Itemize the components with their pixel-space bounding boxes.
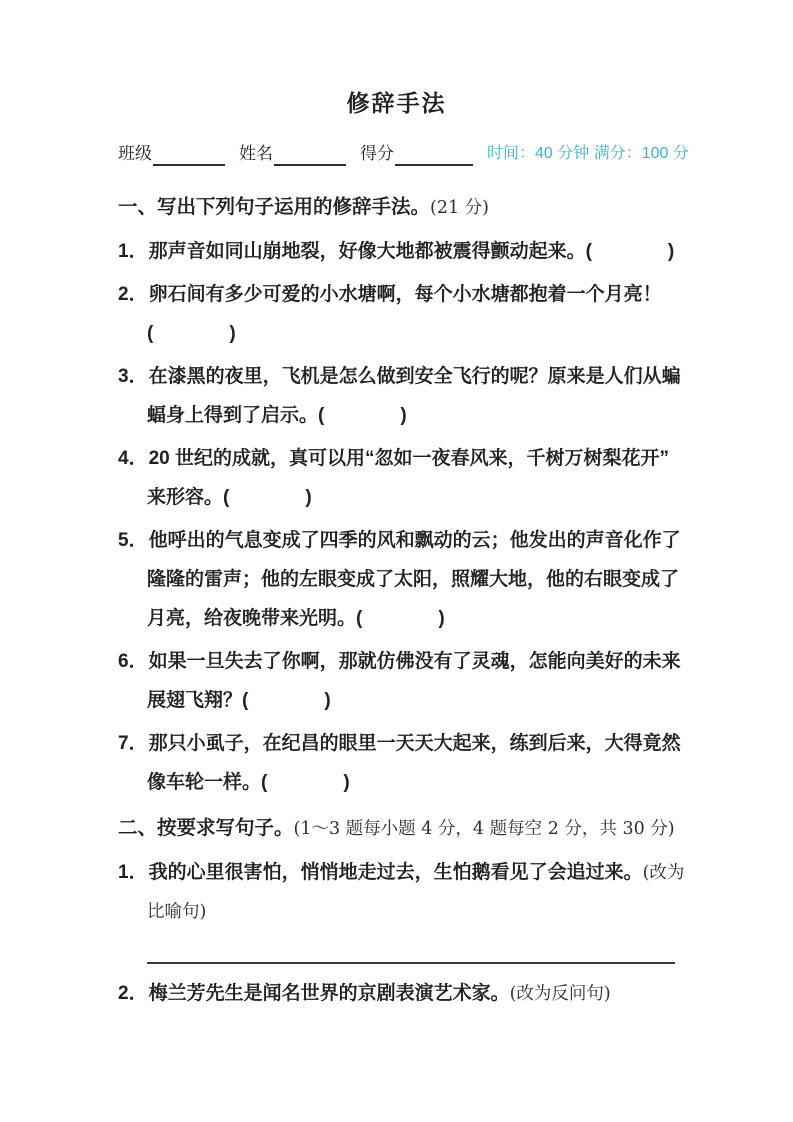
question-text: ( ) [118, 314, 675, 353]
question-item-1-3: 3．在漆黑的夜里，飞机是怎么做到安全飞行的呢？原来是人们从蝙 蝠身上得到了启示。… [118, 357, 675, 435]
question-text: 我的心里很害怕，悄悄地走过去，生怕鹅看见了会追过来。 [149, 862, 643, 883]
score-blank-line [395, 145, 473, 166]
question-number: 2． [118, 983, 148, 1004]
rewrite-instruction: (改为反问句) [510, 984, 611, 1004]
class-field-label: 班级 [118, 142, 152, 166]
question-item-1-4: 4．20 世纪的成就，真可以用“忽如一夜春风来，千树万树梨花开” 来形容。( ) [118, 439, 675, 517]
rewrite-instruction: 比喻句) [118, 893, 675, 932]
question-text: 他呼出的气息变成了四季的风和飘动的云；他发出的声音化作了 [149, 530, 681, 551]
question-number: 1． [118, 862, 148, 883]
question-text: 卵石间有多少可爱的小水塘啊，每个小水塘都抱着一个月亮！ [149, 284, 662, 305]
student-info-row: 班级 姓名 得分 时间：40 分钟 满分：100 分 [118, 142, 675, 166]
question-item-1-6: 6．如果一旦失去了你啊，那就仿佛没有了灵魂，怎能向美好的未来 展翅飞翔？( ) [118, 642, 675, 720]
question-text: 梅兰芳先生是闻名世界的京剧表演艺术家。 [149, 983, 510, 1004]
question-item-1-2: 2．卵石间有多少可爱的小水塘啊，每个小水塘都抱着一个月亮！ ( ) [118, 275, 675, 353]
question-item-1-7: 7．那只小虱子，在纪昌的眼里一天天大起来，练到后来，大得竟然 像车轮一样。( ) [118, 724, 675, 802]
question-item-2-2: 2．梅兰芳先生是闻名世界的京剧表演艺术家。(改为反问句) [118, 974, 675, 1014]
score-field: 得分 [360, 142, 473, 166]
section-1-heading: 一、写出下列句子运用的修辞手法。(21 分) [118, 187, 675, 228]
question-number: 2． [118, 284, 148, 305]
question-text: 来形容。( ) [118, 478, 675, 517]
question-number: 7． [118, 733, 148, 754]
question-text: 那声音如同山崩地裂，好像大地都被震得颤动起来。( ) [149, 241, 675, 262]
score-field-label: 得分 [360, 142, 394, 166]
page-title: 修辞手法 [118, 88, 675, 118]
question-number: 5． [118, 530, 148, 551]
class-blank-line [153, 145, 225, 166]
name-blank-line [274, 145, 346, 166]
question-number: 4． [118, 448, 148, 469]
question-text: 在漆黑的夜里，飞机是怎么做到安全飞行的呢？原来是人们从蝙 [149, 366, 681, 387]
answer-blank-line [147, 932, 675, 964]
rewrite-instruction: (改为 [643, 863, 685, 883]
question-text: 展翅飞翔？( ) [118, 681, 675, 720]
question-item-1-1: 1．那声音如同山崩地裂，好像大地都被震得颤动起来。( ) [118, 232, 675, 271]
time-score-note: 时间：40 分钟 满分：100 分 [487, 142, 689, 166]
section-2-heading: 二、按要求写句子。(1～3 题每小题 4 分，4 题每空 2 分，共 30 分) [118, 808, 675, 849]
question-item-2-1: 1．我的心里很害怕，悄悄地走过去，生怕鹅看见了会追过来。(改为 比喻句) [118, 853, 675, 932]
name-field: 姓名 [239, 142, 346, 166]
question-text: 像车轮一样。( ) [118, 763, 675, 802]
question-item-1-5: 5．他呼出的气息变成了四季的风和飘动的云；他发出的声音化作了 隆隆的雷声；他的左… [118, 521, 675, 638]
name-field-label: 姓名 [239, 142, 273, 166]
question-text: 那只小虱子，在纪昌的眼里一天天大起来，练到后来，大得竟然 [149, 733, 681, 754]
section-1-heading-text: 一、写出下列句子运用的修辞手法。 [118, 196, 430, 218]
question-text: 20 世纪的成就，真可以用“忽如一夜春风来，千树万树梨花开” [149, 448, 669, 469]
question-text: 隆隆的雷声；他的左眼变成了太阳，照耀大地，他的右眼变成了 [118, 560, 675, 599]
question-number: 1． [118, 241, 148, 262]
question-number: 6． [118, 651, 148, 672]
class-field: 班级 [118, 142, 225, 166]
question-text: 如果一旦失去了你啊，那就仿佛没有了灵魂，怎能向美好的未来 [149, 651, 681, 672]
question-text: 蝠身上得到了启示。( ) [118, 396, 675, 435]
section-1-score-note: (21 分) [430, 198, 489, 218]
question-number: 3． [118, 366, 148, 387]
worksheet-page: 修辞手法 班级 姓名 得分 时间：40 分钟 满分：100 分 一、写出下列句子… [0, 0, 793, 1122]
section-2-heading-text: 二、按要求写句子。 [118, 817, 294, 839]
section-2-score-note: (1～3 题每小题 4 分，4 题每空 2 分，共 30 分) [294, 819, 675, 839]
question-text: 月亮，给夜晚带来光明。( ) [118, 599, 675, 638]
